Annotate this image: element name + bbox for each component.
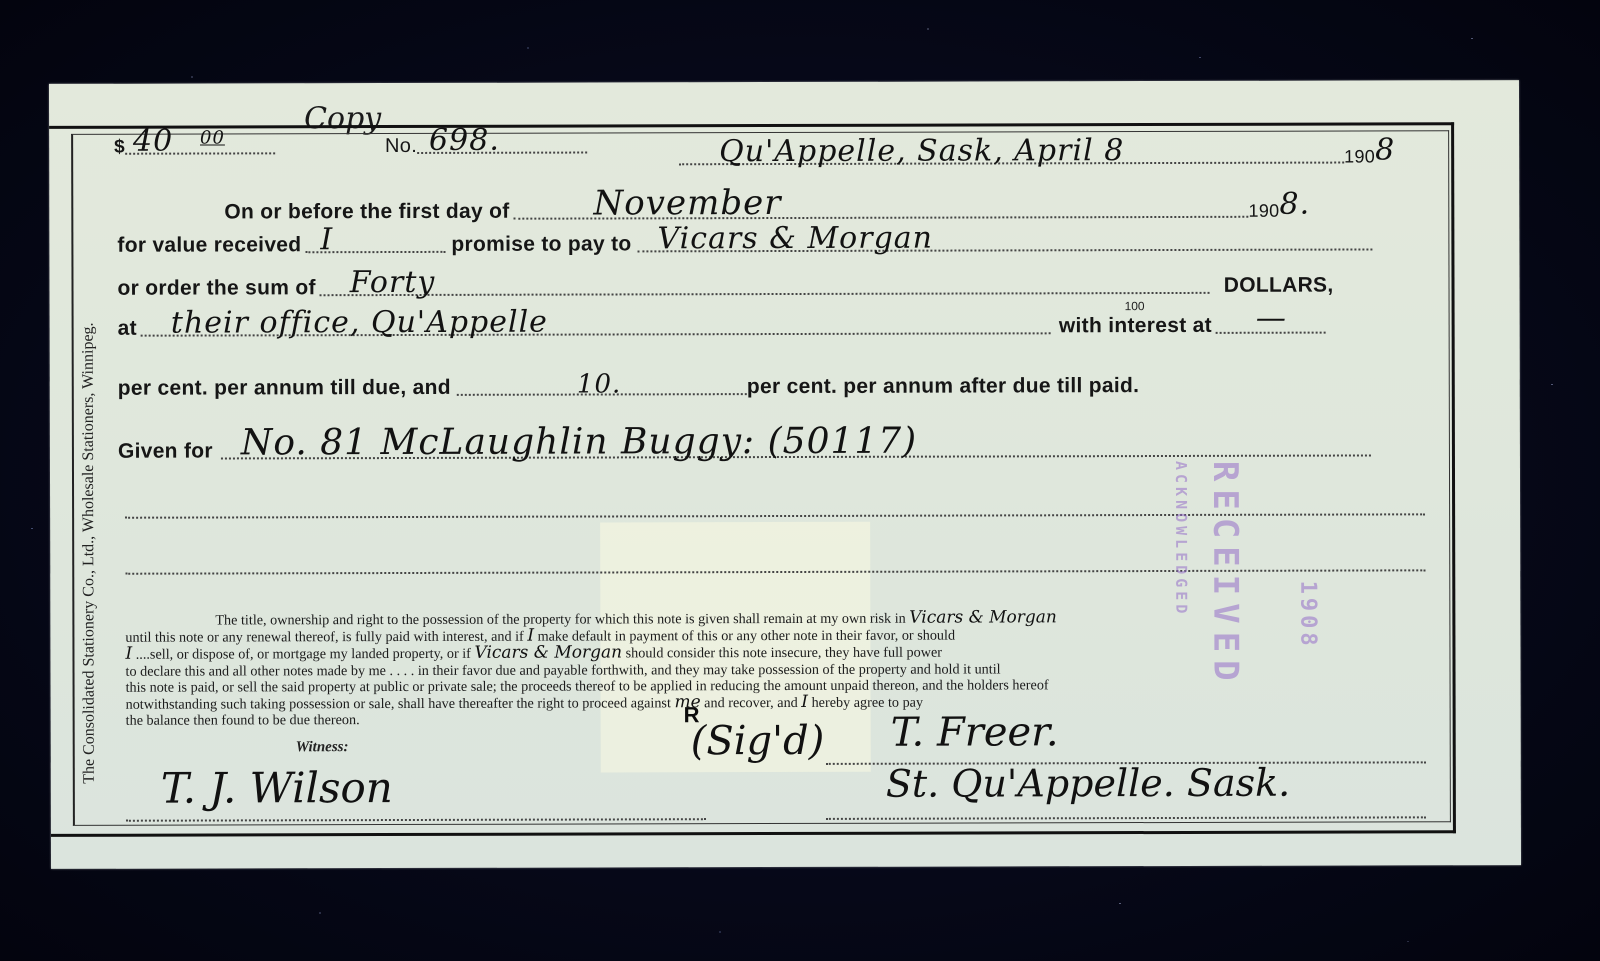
interest-label: with interest at bbox=[1059, 314, 1212, 338]
given-for-row: Given for No. 81 McLaughlin Buggy: (5011… bbox=[118, 436, 1371, 463]
value-received-label: for value received bbox=[117, 233, 301, 257]
fine-line6b: and recover, and bbox=[704, 695, 798, 711]
number-label: No. bbox=[385, 135, 417, 158]
payee-field: Vicars & Morgan bbox=[638, 247, 1373, 252]
number-value: 698. bbox=[429, 123, 500, 158]
dollar-sign: $ bbox=[114, 137, 125, 159]
after-due-rate-value: 10. bbox=[577, 369, 621, 399]
witness-signature: T. J. Wilson bbox=[161, 763, 393, 813]
fine-line1: The title, ownership and right to the po… bbox=[215, 611, 905, 629]
fine-line6c: hereby agree to pay bbox=[812, 695, 924, 711]
due-month-value: November bbox=[593, 183, 781, 223]
place-date-row: Qu'Appelle, Sask, April 8 190 8 bbox=[679, 132, 1395, 169]
sum-row: or order the sum of Forty DOLLARS, bbox=[117, 274, 1333, 301]
fine-line6-hand2: I bbox=[801, 692, 808, 712]
due-year-suffix: 8. bbox=[1279, 187, 1310, 222]
amount-field: 40 00 bbox=[125, 151, 275, 154]
stamp-side-text: ACKNOWLEDGED bbox=[1172, 461, 1190, 617]
amount-row: $ 40 00 No. 698. bbox=[114, 135, 587, 159]
promisor-value: I bbox=[320, 222, 333, 257]
rate-row: per cent. per annum till due, and 10. pe… bbox=[118, 374, 1140, 401]
rate-suffix-label: per cent. per annum after due till paid. bbox=[747, 374, 1139, 399]
payment-place-field: their office, Qu'Appelle bbox=[141, 331, 1051, 336]
given-for-value: No. 81 McLaughlin Buggy: (50117) bbox=[241, 421, 918, 464]
place-date-value: Qu'Appelle, Sask, April 8 bbox=[719, 133, 1124, 169]
number-field: 698. bbox=[417, 151, 587, 154]
promise-to-pay-label: promise to pay to bbox=[451, 232, 631, 256]
fine-line3a: ....sell, or dispose of, or mortgage my … bbox=[136, 646, 471, 663]
sum-value: Forty bbox=[350, 265, 436, 300]
at-label: at bbox=[118, 317, 137, 341]
fine-line3-hand2: Vicars & Morgan bbox=[474, 643, 622, 663]
due-row: On or before the first day of November 1… bbox=[224, 187, 1310, 225]
place-date-field: Qu'Appelle, Sask, April 8 bbox=[679, 161, 1344, 166]
after-due-rate-field: 10. bbox=[457, 392, 747, 396]
fine-line3-hand1: I bbox=[125, 644, 132, 664]
promissory-note: Copy The Consolidated Stationery Co., Lt… bbox=[49, 80, 1521, 869]
fine-line1-hand: Vicars & Morgan bbox=[909, 607, 1057, 627]
year-prefix: 190 bbox=[1344, 146, 1375, 167]
interest-value: — bbox=[1256, 301, 1287, 336]
signed-mark: (Sig'd) bbox=[691, 718, 825, 764]
fine-line2a: until this note or any renewal thereof, … bbox=[125, 629, 523, 646]
payment-place-value: their office, Qu'Appelle bbox=[171, 305, 548, 341]
rate-prefix-label: per cent. per annum till due, and bbox=[118, 376, 451, 401]
due-year-prefix: 190 bbox=[1249, 201, 1280, 222]
signer-address: St. Qu'Appelle. Sask. bbox=[886, 761, 1290, 806]
received-stamp: ACKNOWLEDGED RECEIVED 1908 bbox=[1150, 460, 1361, 781]
stamp-date-text: 1908 bbox=[1295, 581, 1320, 650]
fraction-denominator: 100 bbox=[1125, 299, 1145, 313]
sum-label: or order the sum of bbox=[117, 276, 315, 301]
stamp-main-text: RECEIVED bbox=[1205, 461, 1246, 689]
due-field: November bbox=[514, 215, 1249, 220]
amount-cents-value: 00 bbox=[200, 127, 225, 148]
given-for-label: Given for bbox=[118, 439, 213, 463]
payee-value: Vicars & Morgan bbox=[657, 221, 933, 257]
payment-place-row: at their office, Qu'Appelle with interes… bbox=[118, 314, 1326, 341]
amount-figures-value: 40 bbox=[133, 124, 173, 159]
given-for-field: No. 81 McLaughlin Buggy: (50117) bbox=[221, 453, 1371, 459]
promisor-field: I bbox=[305, 250, 445, 253]
fine-line6a: notwithstanding such taking possession o… bbox=[126, 695, 671, 712]
due-label: On or before the first day of bbox=[224, 200, 509, 225]
sum-field: Forty bbox=[320, 291, 1210, 296]
printer-imprint: The Consolidated Stationery Co., Ltd., W… bbox=[79, 84, 105, 784]
signer-name: T. Freer. bbox=[891, 709, 1059, 755]
promise-row: for value received I promise to pay to V… bbox=[117, 230, 1372, 257]
fine-line3b: should consider this note insecure, they… bbox=[626, 645, 942, 662]
year-suffix: 8 bbox=[1375, 132, 1395, 167]
dollars-label: DOLLARS, bbox=[1224, 274, 1334, 298]
interest-field: — bbox=[1216, 331, 1326, 334]
witness-label: Witness: bbox=[296, 739, 349, 756]
